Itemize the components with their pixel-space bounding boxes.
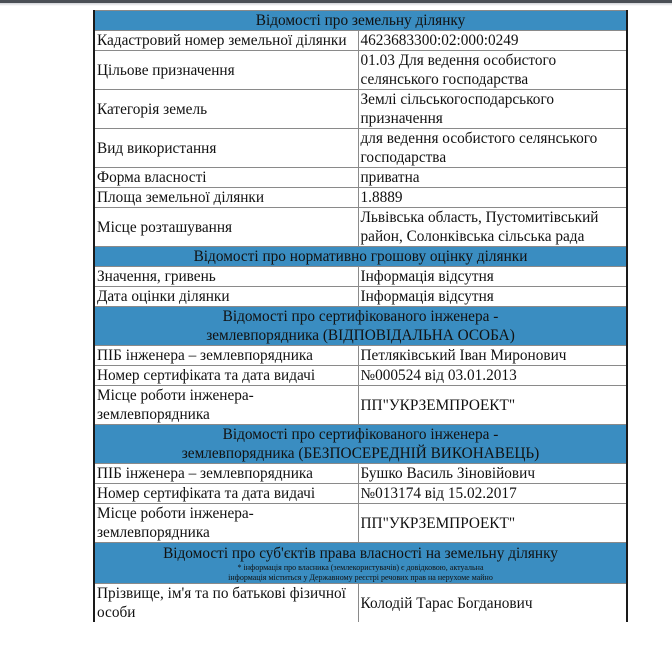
- row-value: Колодій Тарас Богданович: [358, 584, 627, 623]
- row-value: Львівська область, Пустомитівський район…: [358, 208, 627, 247]
- disclaimer-note-line1: * інформація про власника (землекористув…: [97, 563, 624, 573]
- section-header-responsible-engineer: Відомості про сертифікованого інженера -…: [94, 307, 627, 346]
- table-row: Значення, гривень Інформація відсутня: [94, 267, 627, 287]
- table-row: Номер сертифіката та дата видачі №013174…: [94, 484, 627, 504]
- row-label: Дата оцінки ділянки: [94, 287, 358, 307]
- table-row: Кадастровий номер земельної ділянки 4623…: [94, 31, 627, 51]
- row-label: Вид використання: [94, 129, 358, 168]
- row-label: Номер сертифіката та дата видачі: [94, 484, 358, 504]
- section-header-land-plot: Відомості про земельну ділянку: [94, 11, 627, 31]
- section-title-line2: землевпорядника (ВІДПОВІДАЛЬНА ОСОБА): [206, 327, 515, 344]
- row-value: для ведення особистого селянського госпо…: [358, 129, 627, 168]
- table-row: Прізвище, ім'я та по батькові фізичної о…: [94, 584, 627, 623]
- table-row: Цільове призначення 01.03 Для ведення ос…: [94, 51, 627, 90]
- section-title: Відомості про сертифікованого інженера -…: [94, 307, 627, 346]
- section-title: Відомості про сертифікованого інженера -…: [94, 425, 627, 464]
- row-value: Землі сільськогосподарського призначення: [358, 90, 627, 129]
- table-row: Номер сертифіката та дата видачі №000524…: [94, 366, 627, 386]
- row-label: Форма власності: [94, 168, 358, 188]
- section-header-owners: Відомості про суб'єктів права власності …: [94, 543, 627, 584]
- row-label: Кадастровий номер земельної ділянки: [94, 31, 358, 51]
- table-row: Дата оцінки ділянки Інформація відсутня: [94, 287, 627, 307]
- row-label: Площа земельної ділянки: [94, 188, 358, 208]
- table-row: Місце розташування Львівська область, Пу…: [94, 208, 627, 247]
- section-title-line1: Відомості про сертифікованого інженера -: [223, 426, 499, 443]
- row-value: 1.8889: [358, 188, 627, 208]
- row-label: Значення, гривень: [94, 267, 358, 287]
- table-row: ПІБ інженера – землевпорядника Бушко Вас…: [94, 464, 627, 484]
- row-label: ПІБ інженера – землевпорядника: [94, 464, 358, 484]
- row-value: ПП"УКРЗЕМПРОЕКТ": [358, 504, 627, 543]
- row-label: Номер сертифіката та дата видачі: [94, 366, 358, 386]
- section-title-text: Відомості про суб'єктів права власності …: [163, 545, 558, 562]
- table-row: Категорія земель Землі сільськогосподарс…: [94, 90, 627, 129]
- row-value: 01.03 Для ведення особистого селянського…: [358, 51, 627, 90]
- section-title: Відомості про нормативно грошову оцінку …: [94, 247, 627, 267]
- row-label: Місце розташування: [94, 208, 358, 247]
- table-row: Вид використання для ведення особистого …: [94, 129, 627, 168]
- row-value: Інформація відсутня: [358, 287, 627, 307]
- row-value: №000524 від 03.01.2013: [358, 366, 627, 386]
- row-label: Місце роботи інженера-землевпорядника: [94, 504, 358, 543]
- table-row: Місце роботи інженера-землевпорядника ПП…: [94, 504, 627, 543]
- row-label: Цільове призначення: [94, 51, 358, 90]
- row-value: Інформація відсутня: [358, 267, 627, 287]
- row-label: Прізвище, ім'я та по батькові фізичної о…: [94, 584, 358, 623]
- section-header-valuation: Відомості про нормативно грошову оцінку …: [94, 247, 627, 267]
- land-plot-info-table: Відомості про земельну ділянку Кадастров…: [93, 10, 628, 622]
- table-row: Форма власності приватна: [94, 168, 627, 188]
- row-value: 4623683300:02:000:0249: [358, 31, 627, 51]
- section-title: Відомості про земельну ділянку: [94, 11, 627, 31]
- table-row: ПІБ інженера – землевпорядника Петляківс…: [94, 346, 627, 366]
- row-value: приватна: [358, 168, 627, 188]
- row-value: ПП"УКРЗЕМПРОЕКТ": [358, 386, 627, 425]
- section-title-line2: землевпорядника (БЕЗПОСЕРЕДНІЙ ВИКОНАВЕЦ…: [182, 445, 540, 462]
- row-value: №013174 від 15.02.2017: [358, 484, 627, 504]
- table-row: Площа земельної ділянки 1.8889: [94, 188, 627, 208]
- row-label: Місце роботи інженера-землевпорядника: [94, 386, 358, 425]
- row-label: Категорія земель: [94, 90, 358, 129]
- section-title-line1: Відомості про сертифікованого інженера -: [223, 308, 499, 325]
- top-shadow: [0, 3, 672, 6]
- section-header-executing-engineer: Відомості про сертифікованого інженера -…: [94, 425, 627, 464]
- section-title: Відомості про суб'єктів права власності …: [94, 543, 627, 584]
- table-row: Місце роботи інженера-землевпорядника ПП…: [94, 386, 627, 425]
- disclaimer-note-line2: інформація міститься у Державному реєстр…: [97, 573, 624, 583]
- row-label: ПІБ інженера – землевпорядника: [94, 346, 358, 366]
- row-value: Бушко Василь Зіновійович: [358, 464, 627, 484]
- row-value: Петляківський Іван Миронович: [358, 346, 627, 366]
